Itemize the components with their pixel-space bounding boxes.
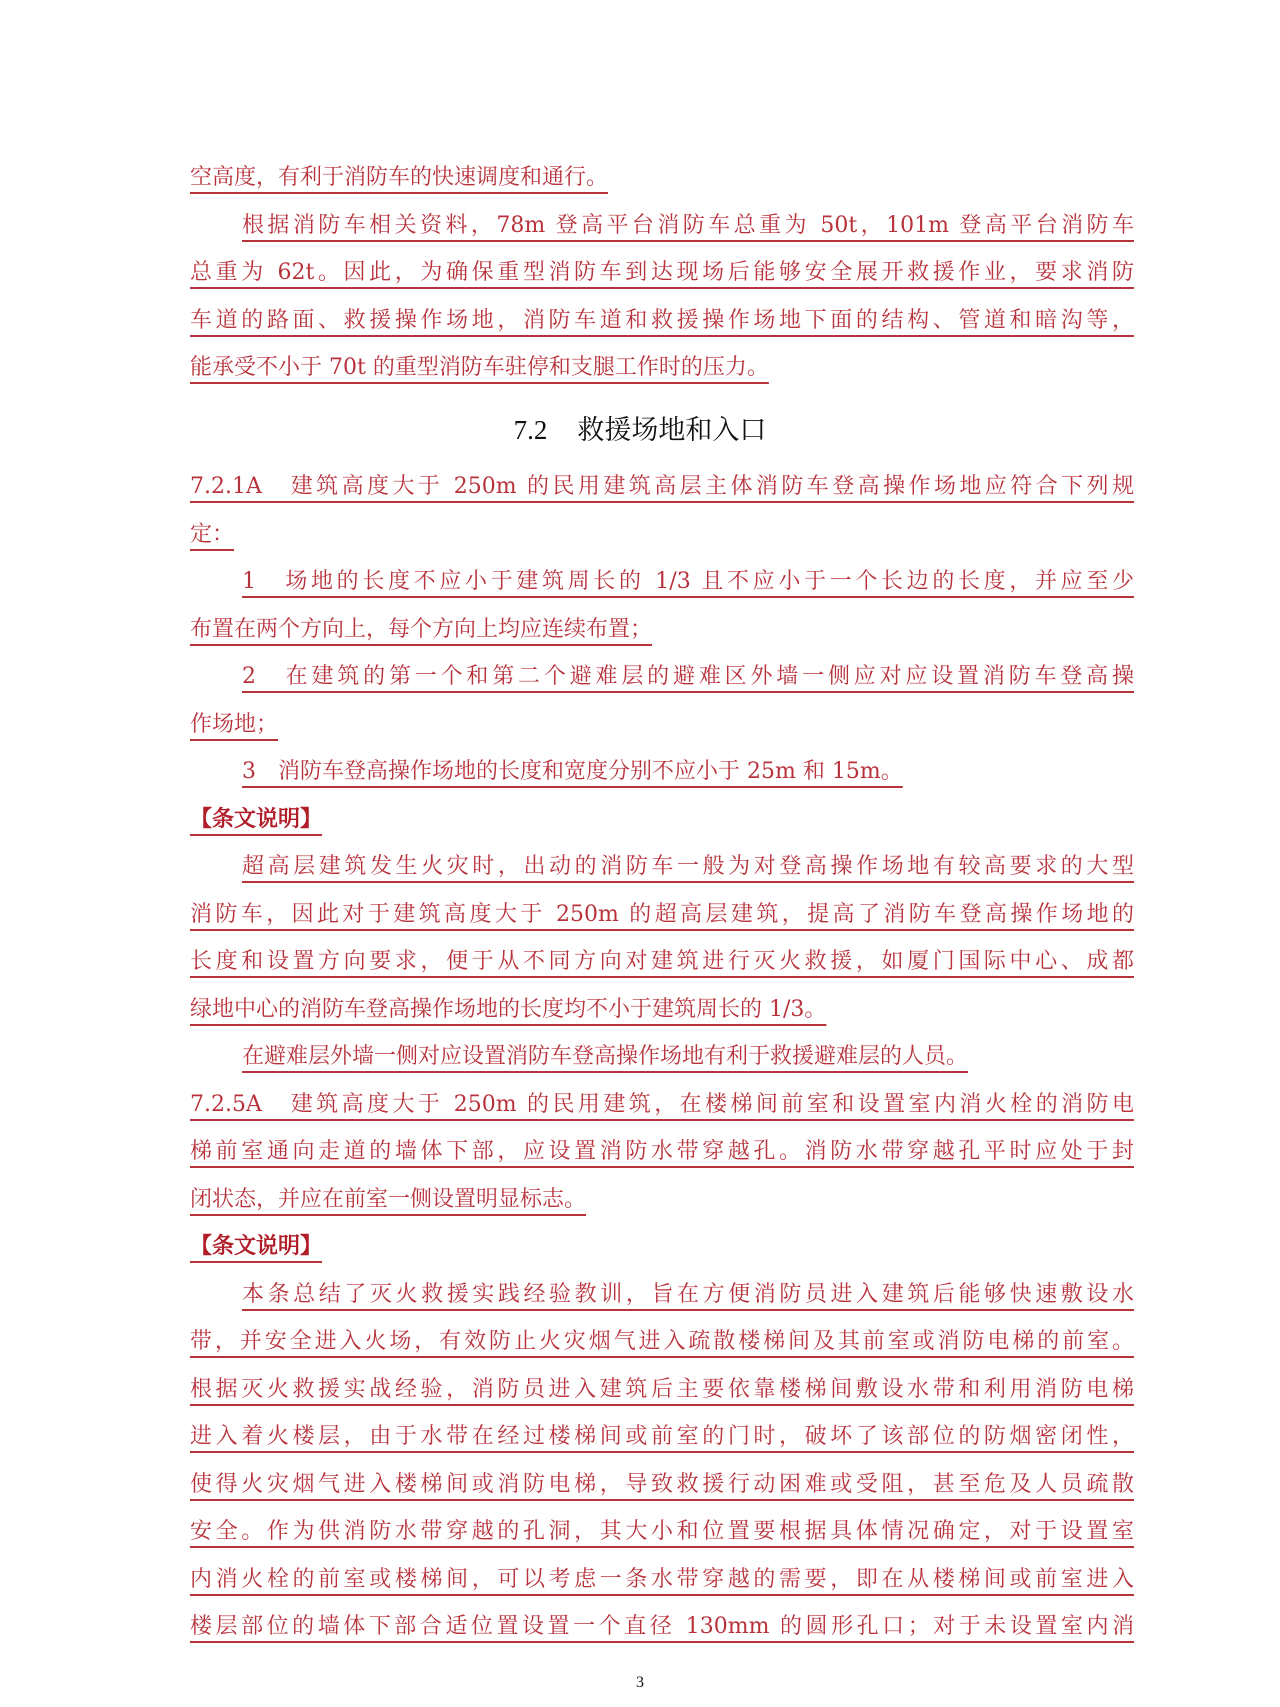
clause-item-2: 2 在建筑的第一个和第二个避难层的避难区外墙一侧应对应设置消防车登高操 bbox=[242, 663, 1134, 691]
text-span: 【条文说明】 bbox=[190, 1234, 322, 1259]
text-span: 进入着火楼层，由于水带在经过楼梯间或前室的门时，破坏了该部位的防烟密闭性， bbox=[190, 1424, 1134, 1449]
text-span: 超高层建筑发生火灾时，出动的消防车一般为对登高操作场地有较高要求的大型 bbox=[242, 854, 1134, 879]
text-span: 3 消防车登高操作场地的长度和宽度分别不应小于 25m 和 15m。 bbox=[242, 759, 903, 784]
clause-721A-line: 7.2.1A 建筑高度大于 250m 的民用建筑高层主体消防车登高操作场地应符合… bbox=[190, 473, 1134, 501]
text-span: 1 场地的长度不应小于建筑周长的 1/3 且不应小于一个长边的长度，并应至少 bbox=[242, 569, 1134, 594]
note-line: 带，并安全进入火场，有效防止火灾烟气进入疏散楼梯间及其前室或消防电梯的前室。 bbox=[190, 1328, 1134, 1356]
clause-725A-line: 梯前室通向走道的墙体下部，应设置消防水带穿越孔。消防水带穿越孔平时应处于封 bbox=[190, 1138, 1134, 1166]
text-line: 空高度，有利于消防车的快速调度和通行。 bbox=[190, 164, 608, 192]
text-span: 闭状态，并应在前室一侧设置明显标志。 bbox=[190, 1187, 586, 1212]
note-line: 本条总结了灭火救援实践经验教训，旨在方便消防员进入建筑后能够快速敷设水 bbox=[242, 1281, 1134, 1309]
text-line: 能承受不小于 70t 的重型消防车驻停和支腿工作时的压力。 bbox=[190, 354, 769, 382]
note-line: 使得火灾烟气进入楼梯间或消防电梯，导致救援行动困难或受阻，甚至危及人员疏散 bbox=[190, 1471, 1134, 1499]
text-span: 【条文说明】 bbox=[190, 807, 322, 832]
text-span: 2 在建筑的第一个和第二个避难层的避难区外墙一侧应对应设置消防车登高操 bbox=[242, 664, 1134, 689]
text-span: 内消火栓的前室或楼梯间，可以考虑一条水带穿越的需要，即在从楼梯间或前室进入 bbox=[190, 1567, 1134, 1592]
clause-725A-line: 闭状态，并应在前室一侧设置明显标志。 bbox=[190, 1186, 586, 1214]
text-span: 长度和设置方向要求，便于从不同方向对建筑进行灭火救援，如厦门国际中心、成都 bbox=[190, 949, 1134, 974]
clause-725A-line: 7.2.5A 建筑高度大于 250m 的民用建筑，在楼梯间前室和设置室内消火栓的… bbox=[190, 1091, 1134, 1119]
clause-item-2-cont: 作场地； bbox=[190, 711, 278, 739]
note-line: 超高层建筑发生火灾时，出动的消防车一般为对登高操作场地有较高要求的大型 bbox=[242, 853, 1134, 881]
text-span: 楼层部位的墙体下部合适位置设置一个直径 130mm 的圆形孔口；对于未设置室内消 bbox=[190, 1614, 1134, 1639]
note-label: 【条文说明】 bbox=[190, 806, 322, 834]
note-line: 绿地中心的消防车登高操作场地的长度均不小于建筑周长的 1/3。 bbox=[190, 996, 826, 1024]
text-span: 使得火灾烟气进入楼梯间或消防电梯，导致救援行动困难或受阻，甚至危及人员疏散 bbox=[190, 1472, 1134, 1497]
clause-721A-line: 定： bbox=[190, 521, 234, 549]
note-line: 楼层部位的墙体下部合适位置设置一个直径 130mm 的圆形孔口；对于未设置室内消 bbox=[190, 1613, 1134, 1641]
note-line: 安全。作为供消防水带穿越的孔洞，其大小和位置要根据具体情况确定，对于设置室 bbox=[190, 1518, 1134, 1546]
text-span: 梯前室通向走道的墙体下部，应设置消防水带穿越孔。消防水带穿越孔平时应处于封 bbox=[190, 1139, 1134, 1164]
text-span: 作场地； bbox=[190, 712, 278, 737]
note-label: 【条文说明】 bbox=[190, 1233, 322, 1261]
text-span: 安全。作为供消防水带穿越的孔洞，其大小和位置要根据具体情况确定，对于设置室 bbox=[190, 1519, 1134, 1544]
text-span: 车道的路面、救援操作场地，消防车道和救援操作场地下面的结构、管道和暗沟等， bbox=[190, 308, 1134, 333]
note-line: 消防车，因此对于建筑高度大于 250m 的超高层建筑，提高了消防车登高操作场地的 bbox=[190, 901, 1134, 929]
text-span: 能承受不小于 70t 的重型消防车驻停和支腿工作时的压力。 bbox=[190, 355, 769, 380]
text-span: 带，并安全进入火场，有效防止火灾烟气进入疏散楼梯间及其前室或消防电梯的前室。 bbox=[190, 1329, 1134, 1354]
text-span: 总重为 62t。因此，为确保重型消防车到达现场后能够安全展开救援作业，要求消防 bbox=[190, 260, 1134, 285]
section-title: 救援场地和入口 bbox=[577, 415, 766, 446]
text-line: 根据消防车相关资料，78m 登高平台消防车总重为 50t，101m 登高平台消防… bbox=[242, 212, 1134, 240]
section-number: 7.2 bbox=[514, 415, 548, 445]
note-line: 长度和设置方向要求，便于从不同方向对建筑进行灭火救援，如厦门国际中心、成都 bbox=[190, 948, 1134, 976]
text-span: 7.2.5A 建筑高度大于 250m 的民用建筑，在楼梯间前室和设置室内消火栓的… bbox=[190, 1092, 1134, 1117]
text-line: 车道的路面、救援操作场地，消防车道和救援操作场地下面的结构、管道和暗沟等， bbox=[190, 307, 1134, 335]
text-span: 消防车，因此对于建筑高度大于 250m 的超高层建筑，提高了消防车登高操作场地的 bbox=[190, 902, 1134, 927]
clause-item-3: 3 消防车登高操作场地的长度和宽度分别不应小于 25m 和 15m。 bbox=[242, 758, 903, 786]
text-span: 在避难层外墙一侧对应设置消防车登高操作场地有利于救援避难层的人员。 bbox=[242, 1044, 968, 1069]
text-span: 绿地中心的消防车登高操作场地的长度均不小于建筑周长的 1/3。 bbox=[190, 997, 826, 1022]
section-heading: 7.2救援场地和入口 bbox=[0, 408, 1280, 447]
text-span: 布置在两个方向上，每个方向上均应连续布置； bbox=[190, 617, 652, 642]
page-number: 3 bbox=[0, 1674, 1280, 1692]
text-span: 定： bbox=[190, 522, 234, 547]
note-line: 根据灭火救援实战经验，消防员进入建筑后主要依靠楼梯间敷设水带和利用消防电梯 bbox=[190, 1376, 1134, 1404]
text-span: 本条总结了灭火救援实践经验教训，旨在方便消防员进入建筑后能够快速敷设水 bbox=[242, 1282, 1134, 1307]
note-line: 内消火栓的前室或楼梯间，可以考虑一条水带穿越的需要，即在从楼梯间或前室进入 bbox=[190, 1566, 1134, 1594]
note-line: 进入着火楼层，由于水带在经过楼梯间或前室的门时，破坏了该部位的防烟密闭性， bbox=[190, 1423, 1134, 1451]
text-span: 根据灭火救援实战经验，消防员进入建筑后主要依靠楼梯间敷设水带和利用消防电梯 bbox=[190, 1377, 1134, 1402]
clause-item-1: 1 场地的长度不应小于建筑周长的 1/3 且不应小于一个长边的长度，并应至少 bbox=[242, 568, 1134, 596]
document-page: 空高度，有利于消防车的快速调度和通行。 根据消防车相关资料，78m 登高平台消防… bbox=[0, 0, 1280, 1707]
text-span: 7.2.1A 建筑高度大于 250m 的民用建筑高层主体消防车登高操作场地应符合… bbox=[190, 474, 1134, 499]
text-span: 空高度，有利于消防车的快速调度和通行。 bbox=[190, 165, 608, 190]
clause-item-1-cont: 布置在两个方向上，每个方向上均应连续布置； bbox=[190, 616, 652, 644]
text-span: 根据消防车相关资料，78m 登高平台消防车总重为 50t，101m 登高平台消防… bbox=[242, 213, 1134, 238]
note-line: 在避难层外墙一侧对应设置消防车登高操作场地有利于救援避难层的人员。 bbox=[242, 1043, 968, 1071]
text-line: 总重为 62t。因此，为确保重型消防车到达现场后能够安全展开救援作业，要求消防 bbox=[190, 259, 1134, 287]
